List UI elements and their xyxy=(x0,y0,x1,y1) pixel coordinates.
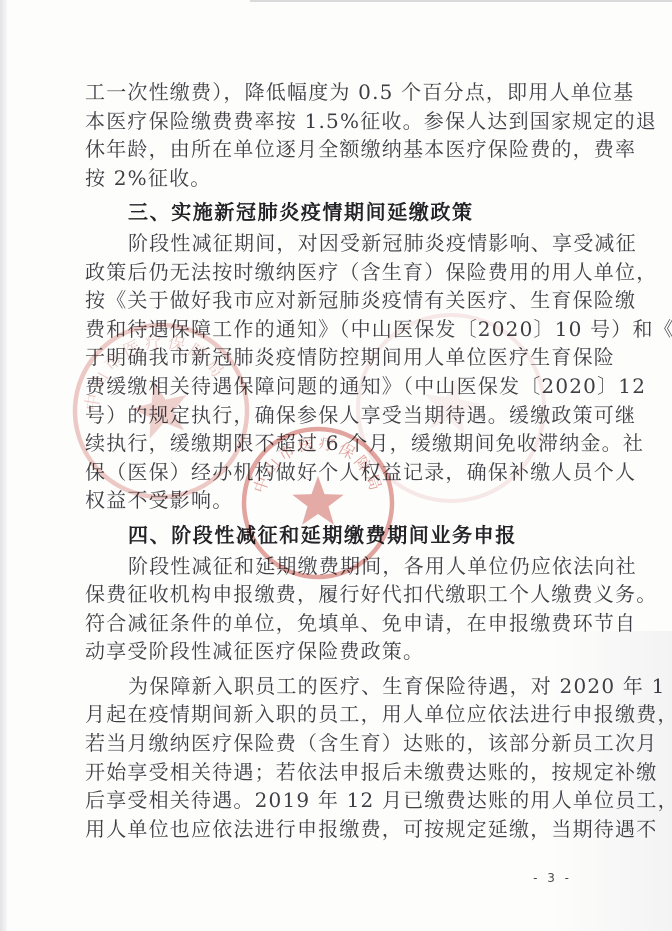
text-line: 按《关于做好我市应对新冠肺炎疫情有关医疗、生育保险缴 xyxy=(85,286,605,315)
text-line: 按 2%征收。 xyxy=(85,164,605,193)
text-line: 本医疗保险缴费费率按 1.5%征收。参保人达到国家规定的退 xyxy=(85,107,605,136)
text-line: 休年龄，由所在单位逐月全额缴纳基本医疗保险费的，费率 xyxy=(85,135,605,164)
text-line: 保费征收机构申报缴费，履行好代扣代缴职工个人缴费义务。 xyxy=(85,580,605,609)
page-number: - 3 - xyxy=(533,871,572,885)
text-line: 月起在疫情期间新入职的员工，用人单位应依法进行申报缴费， xyxy=(85,700,605,729)
text-line: 为保障新入职员工的医疗、生育保险待遇，对 2020 年 1 xyxy=(85,672,605,701)
text-line: 符合减征条件的单位，免填单、免申请，在申报缴费环节自 xyxy=(85,609,605,638)
text-line: 开始享受相关待遇；若依法申报后未缴费达账的，按规定补缴 xyxy=(85,758,605,787)
text-line: 用人单位也应依法进行申报缴费，可按规定延缴，当期待遇不 xyxy=(85,815,605,844)
section-heading: 三、实施新冠肺炎疫情期间延缴政策 xyxy=(85,198,605,227)
document-page: 工一次性缴费），降低幅度为 0.5 个百分点，即用人单位基本医疗保险缴费费率按 … xyxy=(0,0,672,931)
text-line: 于明确我市新冠肺炎疫情防控期间用人单位医疗生育保险 xyxy=(85,343,605,372)
section-heading: 四、阶段性减征和延期缴费期间业务申报 xyxy=(85,521,605,550)
text-line: 工一次性缴费），降低幅度为 0.5 个百分点，即用人单位基 xyxy=(85,78,605,107)
document-body: 工一次性缴费），降低幅度为 0.5 个百分点，即用人单位基本医疗保险缴费费率按 … xyxy=(85,78,605,843)
text-line: 费缓缴相关待遇保障问题的通知》（中山医保发〔2020〕12 xyxy=(85,372,605,401)
text-line: 权益不受影响。 xyxy=(85,486,605,515)
text-line: 政策后仍无法按时缴纳医疗（含生育）保险费用的用人单位， xyxy=(85,258,605,287)
scan-edge-left xyxy=(0,0,7,931)
text-line: 费和待遇保障工作的通知》（中山医保发〔2020〕10 号）和《关 xyxy=(85,315,605,344)
text-line: 阶段性减征期间，对因受新冠肺炎疫情影响、享受减征 xyxy=(85,229,605,258)
text-line: 动享受阶段性减征医疗保险费政策。 xyxy=(85,637,605,666)
text-line: 若当月缴纳医疗保险费（含生育）达账的，该部分新员工次月 xyxy=(85,729,605,758)
text-line: 阶段性减征和延期缴费期间，各用人单位仍应依法向社 xyxy=(85,552,605,581)
text-line: 后享受相关待遇。2019 年 12 月已缴费达账的用人单位员工， xyxy=(85,786,605,815)
text-line: 续执行，缓缴期限不超过 6 个月，缓缴期间免收滞纳金。社 xyxy=(85,429,605,458)
scan-edge-top xyxy=(250,0,672,2)
text-line: 号）的规定执行，确保参保人享受当期待遇。缓缴政策可继 xyxy=(85,401,605,430)
text-line: 保（医保）经办机构做好个人权益记录，确保补缴人员个人 xyxy=(85,458,605,487)
